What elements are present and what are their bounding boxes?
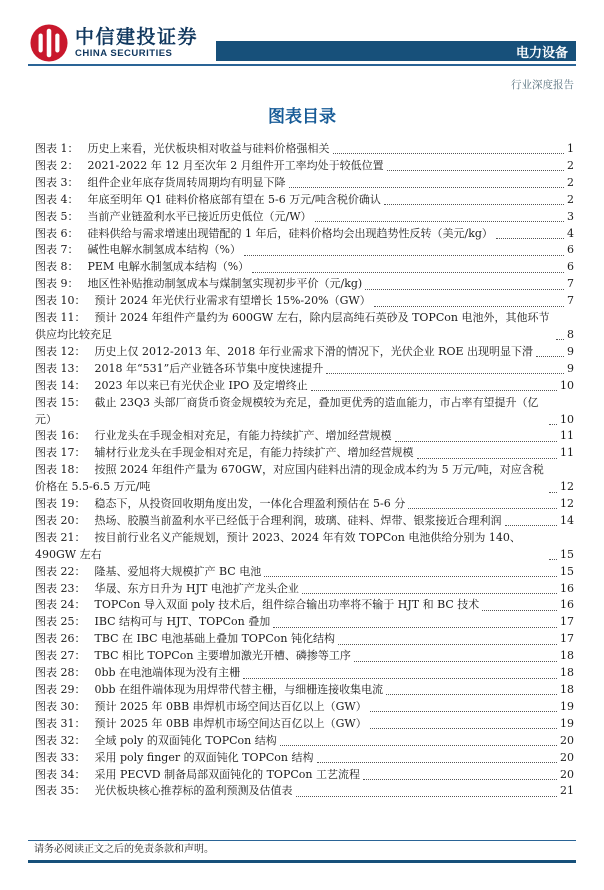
toc-entry-page: 6	[566, 242, 574, 259]
toc-entry-text: 图表 32：全域 poly 的双面钝化 TOPCon 结构	[35, 733, 277, 750]
toc-entry-title: TBC 相比 TOPCon 主要增加激光开槽、磷掺等工序	[95, 649, 351, 662]
toc-entry-title: 地区性补贴推动制氢成本与煤制氢实现初步平价（元/kg)	[88, 277, 363, 290]
toc-entry-text: 图表 23：华晟、东方日升为 HJT 电池扩产龙头企业	[35, 581, 299, 598]
toc-entry-page: 15	[559, 547, 574, 564]
dot-leader	[417, 458, 558, 459]
toc-entry: 图表 2：2021-2022 年 12 月至次年 2 月组件开工率均处于较低位置…	[35, 158, 574, 175]
toc-entry: 图表 7：碱性电解水制氢成本结构（%）6	[35, 242, 574, 259]
header-rule	[28, 64, 576, 66]
toc-entry: 图表 16：行业龙头在手现金相对充足，有能力持续扩产、增加经营规模11	[35, 428, 574, 445]
toc-entry-text: 图表 26：TBC 在 IBC 电池基础上叠加 TOPCon 钝化结构	[35, 631, 335, 648]
toc-entry-label: 图表 27：	[35, 649, 86, 662]
toc-entry-label: 图表 14：	[35, 379, 86, 392]
toc-entry: 图表 18：按照 2024 年组件产量为 670GW，对应国内硅料出清的现金成本…	[35, 462, 574, 496]
dot-leader	[326, 373, 564, 374]
toc-entry-text: 图表 4：年底至明年 Q1 硅料价格底部有望在 5-6 万元/吨含税价确认	[35, 192, 381, 209]
toc-entry-page: 8	[566, 327, 574, 344]
toc-entry-text: 图表 5：当前产业链盈利水平已接近历史低位（元/W）	[35, 209, 312, 226]
toc-entry: 图表 20：热场、胶膜当前盈利水平已经低于合理利润，玻璃、硅料、焊带、银浆接近合…	[35, 513, 574, 530]
toc-entry-text: 图表 19：稳态下，从投资回收期角度出发，一体化合理盈利预估在 5-6 分	[35, 496, 405, 513]
toc-entry-page: 16	[559, 597, 574, 614]
dot-leader	[338, 644, 557, 645]
dot-leader	[374, 306, 564, 307]
toc-entry-label: 图表 24：	[35, 598, 86, 611]
toc-entry: 图表 17：辅材行业龙头在手现金相对充足，有能力持续扩产、增加经营规模11	[35, 445, 574, 462]
toc-entry-page: 18	[559, 682, 574, 699]
toc-entry-label: 图表 32：	[35, 734, 86, 747]
toc-entry-label: 图表 21：	[35, 531, 86, 544]
toc-entry: 图表 15：截止 23Q3 头部厂商货币资金规模较为充足，叠加更优秀的造血能力，…	[35, 395, 574, 429]
dot-leader	[302, 593, 557, 594]
toc-entry: 图表 30：预计 2025 年 0BB 串焊机市场空间达百亿以上（GW）19	[35, 699, 574, 716]
toc-entry: 图表 8：PEM 电解水制氢成本结构（%）6	[35, 259, 574, 276]
toc-entry-title: 当前产业链盈利水平已接近历史低位（元/W）	[88, 210, 312, 223]
toc-entry: 图表 23：华晟、东方日升为 HJT 电池扩产龙头企业16	[35, 581, 574, 598]
toc-entry-text: 图表 21：按目前行业名义产能规划，预计 2023、2024 年有效 TOPCo…	[35, 530, 546, 564]
dot-leader	[549, 424, 557, 425]
dot-leader	[280, 745, 557, 746]
dot-leader	[505, 525, 558, 526]
dot-leader	[315, 221, 564, 222]
dot-leader	[556, 339, 564, 340]
toc-entry-title: 隆基、爱旭将大规模扩产 BC 电池	[95, 565, 262, 578]
toc-entry-page: 2	[566, 192, 574, 209]
dot-leader	[244, 255, 564, 256]
toc-entry: 图表 5：当前产业链盈利水平已接近历史低位（元/W）3	[35, 209, 574, 226]
toc-entry-page: 9	[566, 344, 574, 361]
dot-leader	[333, 153, 565, 154]
toc-entry-text: 图表 34：采用 PECVD 制备局部双面钝化的 TOPCon 工艺流程	[35, 767, 360, 784]
toc-entry: 图表 14：2023 年以来已有光伏企业 IPO 及定增终止10	[35, 378, 574, 395]
toc-entry-title: 预计 2025 年 0BB 串焊机市场空间达百亿以上（GW）	[95, 700, 367, 713]
toc-entry-text: 图表 16：行业龙头在手现金相对充足，有能力持续扩产、增加经营规模	[35, 428, 392, 445]
toc-entry-page: 6	[566, 259, 574, 276]
dot-leader	[384, 204, 564, 205]
toc-entry-title: 采用 poly finger 的双面钝化 TOPCon 结构	[95, 751, 314, 764]
toc-entry-title: 硅料供给与需求增速出现错配的 1 年后，硅料价格均会出现趋势性反转（美元/kg）	[88, 227, 493, 240]
dot-leader	[264, 576, 557, 577]
toc-entry-title: TBC 在 IBC 电池基础上叠加 TOPCon 钝化结构	[95, 632, 335, 645]
dot-leader	[549, 559, 557, 560]
dot-leader	[289, 187, 565, 188]
toc-entry-label: 图表 33：	[35, 751, 86, 764]
dot-leader	[395, 441, 558, 442]
toc-entry-label: 图表 28：	[35, 666, 86, 679]
toc-entry: 图表 33：采用 poly finger 的双面钝化 TOPCon 结构20	[35, 750, 574, 767]
toc-entry-label: 图表 31：	[35, 717, 86, 730]
toc-entry-page: 2	[566, 175, 574, 192]
toc-entry-text: 图表 11：预计 2024 年组件产量约为 600GW 左右，除内层高纯石英砂及…	[35, 310, 553, 344]
toc-entry-title: 稳态下，从投资回收期角度出发，一体化合理盈利预估在 5-6 分	[95, 497, 406, 510]
toc-entry-page: 19	[559, 716, 574, 733]
toc-entry-text: 图表 14：2023 年以来已有光伏企业 IPO 及定增终止	[35, 378, 308, 395]
toc-entry-label: 图表 5：	[35, 210, 79, 223]
citic-logo-icon	[30, 24, 68, 62]
toc-entry-title: 预计 2025 年 0BB 串焊机市场空间达百亿以上（GW）	[95, 717, 367, 730]
dot-leader	[496, 238, 564, 239]
toc-entry-page: 20	[559, 767, 574, 784]
dot-leader	[296, 796, 558, 797]
toc-entry-title: 按目前行业名义产能规划，预计 2023、2024 年有效 TOPCon 电池供给…	[35, 531, 521, 561]
toc-entry: 图表 10：预计 2024 年光伏行业需求有望增长 15%-20%（GW）7	[35, 293, 574, 310]
dot-leader	[354, 661, 557, 662]
toc-entry-page: 9	[566, 361, 574, 378]
toc-entry-title: 预计 2024 年光伏行业需求有望增长 15%-20%（GW）	[95, 294, 371, 307]
toc-entry-label: 图表 35：	[35, 784, 86, 797]
toc-entry-label: 图表 2：	[35, 159, 79, 172]
toc-entry-text: 图表 1：历史上来看，光伏板块相对收益与硅料价格强相关	[35, 141, 330, 158]
toc-entry-title: 采用 PECVD 制备局部双面钝化的 TOPCon 工艺流程	[95, 768, 360, 781]
toc-entry-text: 图表 2：2021-2022 年 12 月至次年 2 月组件开工率均处于较低位置	[35, 158, 384, 175]
toc-entry-title: 0bb 在组件端体现为用焊带代替主栅，与细栅连接收集电流	[95, 683, 384, 696]
toc-entry-label: 图表 16：	[35, 429, 86, 442]
dot-leader	[482, 610, 557, 611]
brand-name-en: CHINA SECURITIES	[75, 48, 198, 59]
toc-entry-title: 2023 年以来已有光伏企业 IPO 及定增终止	[95, 379, 308, 392]
toc-entry-label: 图表 9：	[35, 277, 79, 290]
toc-entry-text: 图表 28：0bb 在电池端体现为没有主栅	[35, 665, 240, 682]
toc-entry-title: PEM 电解水制氢成本结构（%）	[88, 260, 250, 273]
toc-entry: 图表 34：采用 PECVD 制备局部双面钝化的 TOPCon 工艺流程20	[35, 767, 574, 784]
toc-entry-page: 18	[559, 665, 574, 682]
toc-entry-page: 17	[559, 614, 574, 631]
toc-entry: 图表 6：硅料供给与需求增速出现错配的 1 年后，硅料价格均会出现趋势性反转（美…	[35, 226, 574, 243]
toc-entry-label: 图表 25：	[35, 615, 86, 628]
toc-entry: 图表 31：预计 2025 年 0BB 串焊机市场空间达百亿以上（GW）19	[35, 716, 574, 733]
toc-entry-text: 图表 9：地区性补贴推动制氢成本与煤制氢实现初步平价（元/kg)	[35, 276, 362, 293]
toc-entry-label: 图表 22：	[35, 565, 86, 578]
toc-entry-title: 光伏板块核心推荐标的盈利预测及估值表	[95, 784, 293, 797]
toc-entry-page: 3	[566, 209, 574, 226]
toc-entry-label: 图表 6：	[35, 227, 79, 240]
dot-leader	[317, 762, 558, 763]
brand: 中信建投证券 CHINA SECURITIES	[30, 24, 198, 62]
toc-entry-title: 碱性电解水制氢成本结构（%）	[88, 243, 241, 256]
dot-leader	[408, 508, 557, 509]
toc-entry: 图表 32：全域 poly 的双面钝化 TOPCon 结构20	[35, 733, 574, 750]
toc-entry: 图表 3：组件企业年底存货周转周期均有明显下降2	[35, 175, 574, 192]
toc-entry-page: 11	[559, 445, 574, 462]
toc-entry-page: 10	[559, 412, 574, 429]
toc-entry-label: 图表 11：	[35, 311, 86, 324]
toc-entry-text: 图表 3：组件企业年底存货周转周期均有明显下降	[35, 175, 286, 192]
toc-entry-text: 图表 24：TOPCon 导入双面 poly 技术后，组件综合输出功率将不输于 …	[35, 597, 479, 614]
dot-leader	[273, 627, 557, 628]
dot-leader	[536, 356, 564, 357]
toc-entry-text: 图表 31：预计 2025 年 0BB 串焊机市场空间达百亿以上（GW）	[35, 716, 367, 733]
toc-entry: 图表 35：光伏板块核心推荐标的盈利预测及估值表21	[35, 783, 574, 800]
page-footer: 请务必阅读正文之后的免责条款和声明。	[28, 840, 576, 863]
toc-entry-title: 全域 poly 的双面钝化 TOPCon 结构	[95, 734, 277, 747]
toc-entry-title: 按照 2024 年组件产量为 670GW，对应国内硅料出清的现金成本约为 5 万…	[35, 463, 544, 493]
footer-disclaimer: 请务必阅读正文之后的免责条款和声明。	[28, 841, 576, 859]
dot-leader	[386, 694, 557, 695]
toc-entry: 图表 22：隆基、爱旭将大规模扩产 BC 电池15	[35, 564, 574, 581]
toc-entry-label: 图表 17：	[35, 446, 86, 459]
toc-entry-label: 图表 30：	[35, 700, 86, 713]
toc-entry-label: 图表 10：	[35, 294, 86, 307]
toc-entry: 图表 29：0bb 在组件端体现为用焊带代替主栅，与细栅连接收集电流18	[35, 682, 574, 699]
toc-entry-text: 图表 25：IBC 结构可与 HJT、TOPCon 叠加	[35, 614, 270, 631]
toc-entry-title: 历史上来看，光伏板块相对收益与硅料价格强相关	[88, 142, 330, 155]
toc-entry-text: 图表 17：辅材行业龙头在手现金相对充足，有能力持续扩产、增加经营规模	[35, 445, 414, 462]
toc-entry-title: 预计 2024 年组件产量约为 600GW 左右，除内层高纯石英砂及 TOPCo…	[35, 311, 549, 341]
toc-entry-label: 图表 20：	[35, 514, 86, 527]
toc-entry-label: 图表 19：	[35, 497, 86, 510]
toc-entry: 图表 19：稳态下，从投资回收期角度出发，一体化合理盈利预估在 5-6 分12	[35, 496, 574, 513]
toc-entry-title: 2021-2022 年 12 月至次年 2 月组件开工率均处于较低位置	[88, 159, 384, 172]
toc-entry-text: 图表 18：按照 2024 年组件产量为 670GW，对应国内硅料出清的现金成本…	[35, 462, 546, 496]
toc-entry-title: 组件企业年底存货周转周期均有明显下降	[88, 176, 286, 189]
toc-entry-title: TOPCon 导入双面 poly 技术后，组件综合输出功率将不输于 HJT 和 …	[95, 598, 480, 611]
brand-name-cn: 中信建投证券	[75, 27, 198, 48]
report-type-label: 行业深度报告	[0, 78, 604, 92]
dot-leader	[549, 492, 557, 493]
dot-leader	[363, 779, 557, 780]
toc-entry-label: 图表 12：	[35, 345, 86, 358]
toc-entry: 图表 25：IBC 结构可与 HJT、TOPCon 叠加17	[35, 614, 574, 631]
toc-entry-page: 10	[559, 378, 574, 395]
toc-list: 图表 1：历史上来看，光伏板块相对收益与硅料价格强相关1图表 2：2021-20…	[35, 141, 574, 800]
toc-entry: 图表 12：历史上仅 2012-2013 年、2018 年行业需求下滑的情况下，…	[35, 344, 574, 361]
toc-entry: 图表 24：TOPCon 导入双面 poly 技术后，组件综合输出功率将不输于 …	[35, 597, 574, 614]
brand-text: 中信建投证券 CHINA SECURITIES	[75, 27, 198, 59]
toc-entry-page: 4	[566, 226, 574, 243]
sector-badge: 电力设备	[516, 42, 568, 61]
footer-thick-rule	[28, 860, 576, 863]
toc-entry: 图表 13：2018 年“531”后产业链各环节集中度快速提升9	[35, 361, 574, 378]
toc-entry-label: 图表 18：	[35, 463, 86, 476]
toc-entry-page: 20	[559, 750, 574, 767]
toc-entry: 图表 9：地区性补贴推动制氢成本与煤制氢实现初步平价（元/kg)7	[35, 276, 574, 293]
toc-entry: 图表 27：TBC 相比 TOPCon 主要增加激光开槽、磷掺等工序18	[35, 648, 574, 665]
toc-entry-title: 华晟、东方日升为 HJT 电池扩产龙头企业	[95, 582, 299, 595]
toc-entry-label: 图表 13：	[35, 362, 86, 375]
toc-entry-title: IBC 结构可与 HJT、TOPCon 叠加	[95, 615, 271, 628]
toc-entry: 图表 11：预计 2024 年组件产量约为 600GW 左右，除内层高纯石英砂及…	[35, 310, 574, 344]
dot-leader	[252, 272, 564, 273]
toc-entry: 图表 21：按目前行业名义产能规划，预计 2023、2024 年有效 TOPCo…	[35, 530, 574, 564]
toc-entry-text: 图表 33：采用 poly finger 的双面钝化 TOPCon 结构	[35, 750, 314, 767]
toc-entry: 图表 1：历史上来看，光伏板块相对收益与硅料价格强相关1	[35, 141, 574, 158]
toc-entry-page: 11	[559, 428, 574, 445]
dot-leader	[311, 390, 557, 391]
toc-entry-page: 2	[566, 158, 574, 175]
toc-entry-text: 图表 6：硅料供给与需求增速出现错配的 1 年后，硅料价格均会出现趋势性反转（美…	[35, 226, 493, 243]
dot-leader	[370, 728, 557, 729]
report-header: 中信建投证券 CHINA SECURITIES 电力设备	[0, 0, 604, 62]
toc-entry-label: 图表 23：	[35, 582, 86, 595]
toc-entry-text: 图表 8：PEM 电解水制氢成本结构（%）	[35, 259, 249, 276]
toc-entry-label: 图表 34：	[35, 768, 86, 781]
toc-entry-page: 15	[559, 564, 574, 581]
page-title: 图表目录	[0, 106, 604, 128]
toc-entry-label: 图表 4：	[35, 193, 79, 206]
toc-entry-text: 图表 13：2018 年“531”后产业链各环节集中度快速提升	[35, 361, 323, 378]
toc-entry-title: 辅材行业龙头在手现金相对充足，有能力持续扩产、增加经营规模	[95, 446, 414, 459]
toc-entry-page: 20	[559, 733, 574, 750]
toc-entry-title: 行业龙头在手现金相对充足，有能力持续扩产、增加经营规模	[95, 429, 392, 442]
toc-entry-title: 2018 年“531”后产业链各环节集中度快速提升	[95, 362, 324, 375]
toc-entry-text: 图表 20：热场、胶膜当前盈利水平已经低于合理利润，玻璃、硅料、焊带、银浆接近合…	[35, 513, 502, 530]
dot-leader	[387, 170, 564, 171]
toc-entry-label: 图表 26：	[35, 632, 86, 645]
toc-entry-page: 18	[559, 648, 574, 665]
toc-entry-title: 年底至明年 Q1 硅料价格底部有望在 5-6 万元/吨含税价确认	[88, 193, 381, 206]
toc-entry-text: 图表 29：0bb 在组件端体现为用焊带代替主栅，与细栅连接收集电流	[35, 682, 383, 699]
toc-entry-text: 图表 22：隆基、爱旭将大规模扩产 BC 电池	[35, 564, 261, 581]
toc-entry-text: 图表 10：预计 2024 年光伏行业需求有望增长 15%-20%（GW）	[35, 293, 371, 310]
toc-entry-page: 12	[559, 496, 574, 513]
toc-entry-text: 图表 27：TBC 相比 TOPCon 主要增加激光开槽、磷掺等工序	[35, 648, 351, 665]
toc-entry-page: 14	[559, 513, 574, 530]
toc-entry-title: 0bb 在电池端体现为没有主栅	[95, 666, 241, 679]
toc-entry-page: 7	[566, 276, 574, 293]
toc-entry-label: 图表 1：	[35, 142, 79, 155]
toc-entry-text: 图表 7：碱性电解水制氢成本结构（%）	[35, 242, 241, 259]
toc-entry-text: 图表 12：历史上仅 2012-2013 年、2018 年行业需求下滑的情况下，…	[35, 344, 533, 361]
dot-leader	[365, 289, 564, 290]
toc-entry-page: 12	[559, 479, 574, 496]
toc-entry-label: 图表 7：	[35, 243, 79, 256]
sector-bar: 电力设备	[216, 41, 576, 61]
toc-entry-page: 1	[566, 141, 574, 158]
toc-entry-page: 19	[559, 699, 574, 716]
toc-entry-page: 21	[559, 783, 574, 800]
toc-entry: 图表 26：TBC 在 IBC 电池基础上叠加 TOPCon 钝化结构17	[35, 631, 574, 648]
toc-entry-label: 图表 3：	[35, 176, 79, 189]
dot-leader	[243, 678, 557, 679]
toc-entry: 图表 4：年底至明年 Q1 硅料价格底部有望在 5-6 万元/吨含税价确认2	[35, 192, 574, 209]
toc-entry-title: 截止 23Q3 头部厂商货币资金规模较为充足，叠加更优秀的造血能力，市占率有望提…	[35, 396, 539, 426]
toc-entry-label: 图表 15：	[35, 396, 86, 409]
toc-entry-text: 图表 30：预计 2025 年 0BB 串焊机市场空间达百亿以上（GW）	[35, 699, 367, 716]
toc-entry: 图表 28：0bb 在电池端体现为没有主栅18	[35, 665, 574, 682]
toc-entry-title: 历史上仅 2012-2013 年、2018 年行业需求下滑的情况下，光伏企业 R…	[95, 345, 534, 358]
dot-leader	[370, 711, 557, 712]
toc-entry-page: 16	[559, 581, 574, 598]
toc-entry-page: 7	[566, 293, 574, 310]
toc-entry-page: 17	[559, 631, 574, 648]
toc-entry-label: 图表 8：	[35, 260, 79, 273]
toc-entry-text: 图表 35：光伏板块核心推荐标的盈利预测及估值表	[35, 783, 293, 800]
toc-entry-label: 图表 29：	[35, 683, 86, 696]
toc-entry-text: 图表 15：截止 23Q3 头部厂商货币资金规模较为充足，叠加更优秀的造血能力，…	[35, 395, 546, 429]
toc-entry-title: 热场、胶膜当前盈利水平已经低于合理利润，玻璃、硅料、焊带、银浆接近合理利润	[95, 514, 502, 527]
